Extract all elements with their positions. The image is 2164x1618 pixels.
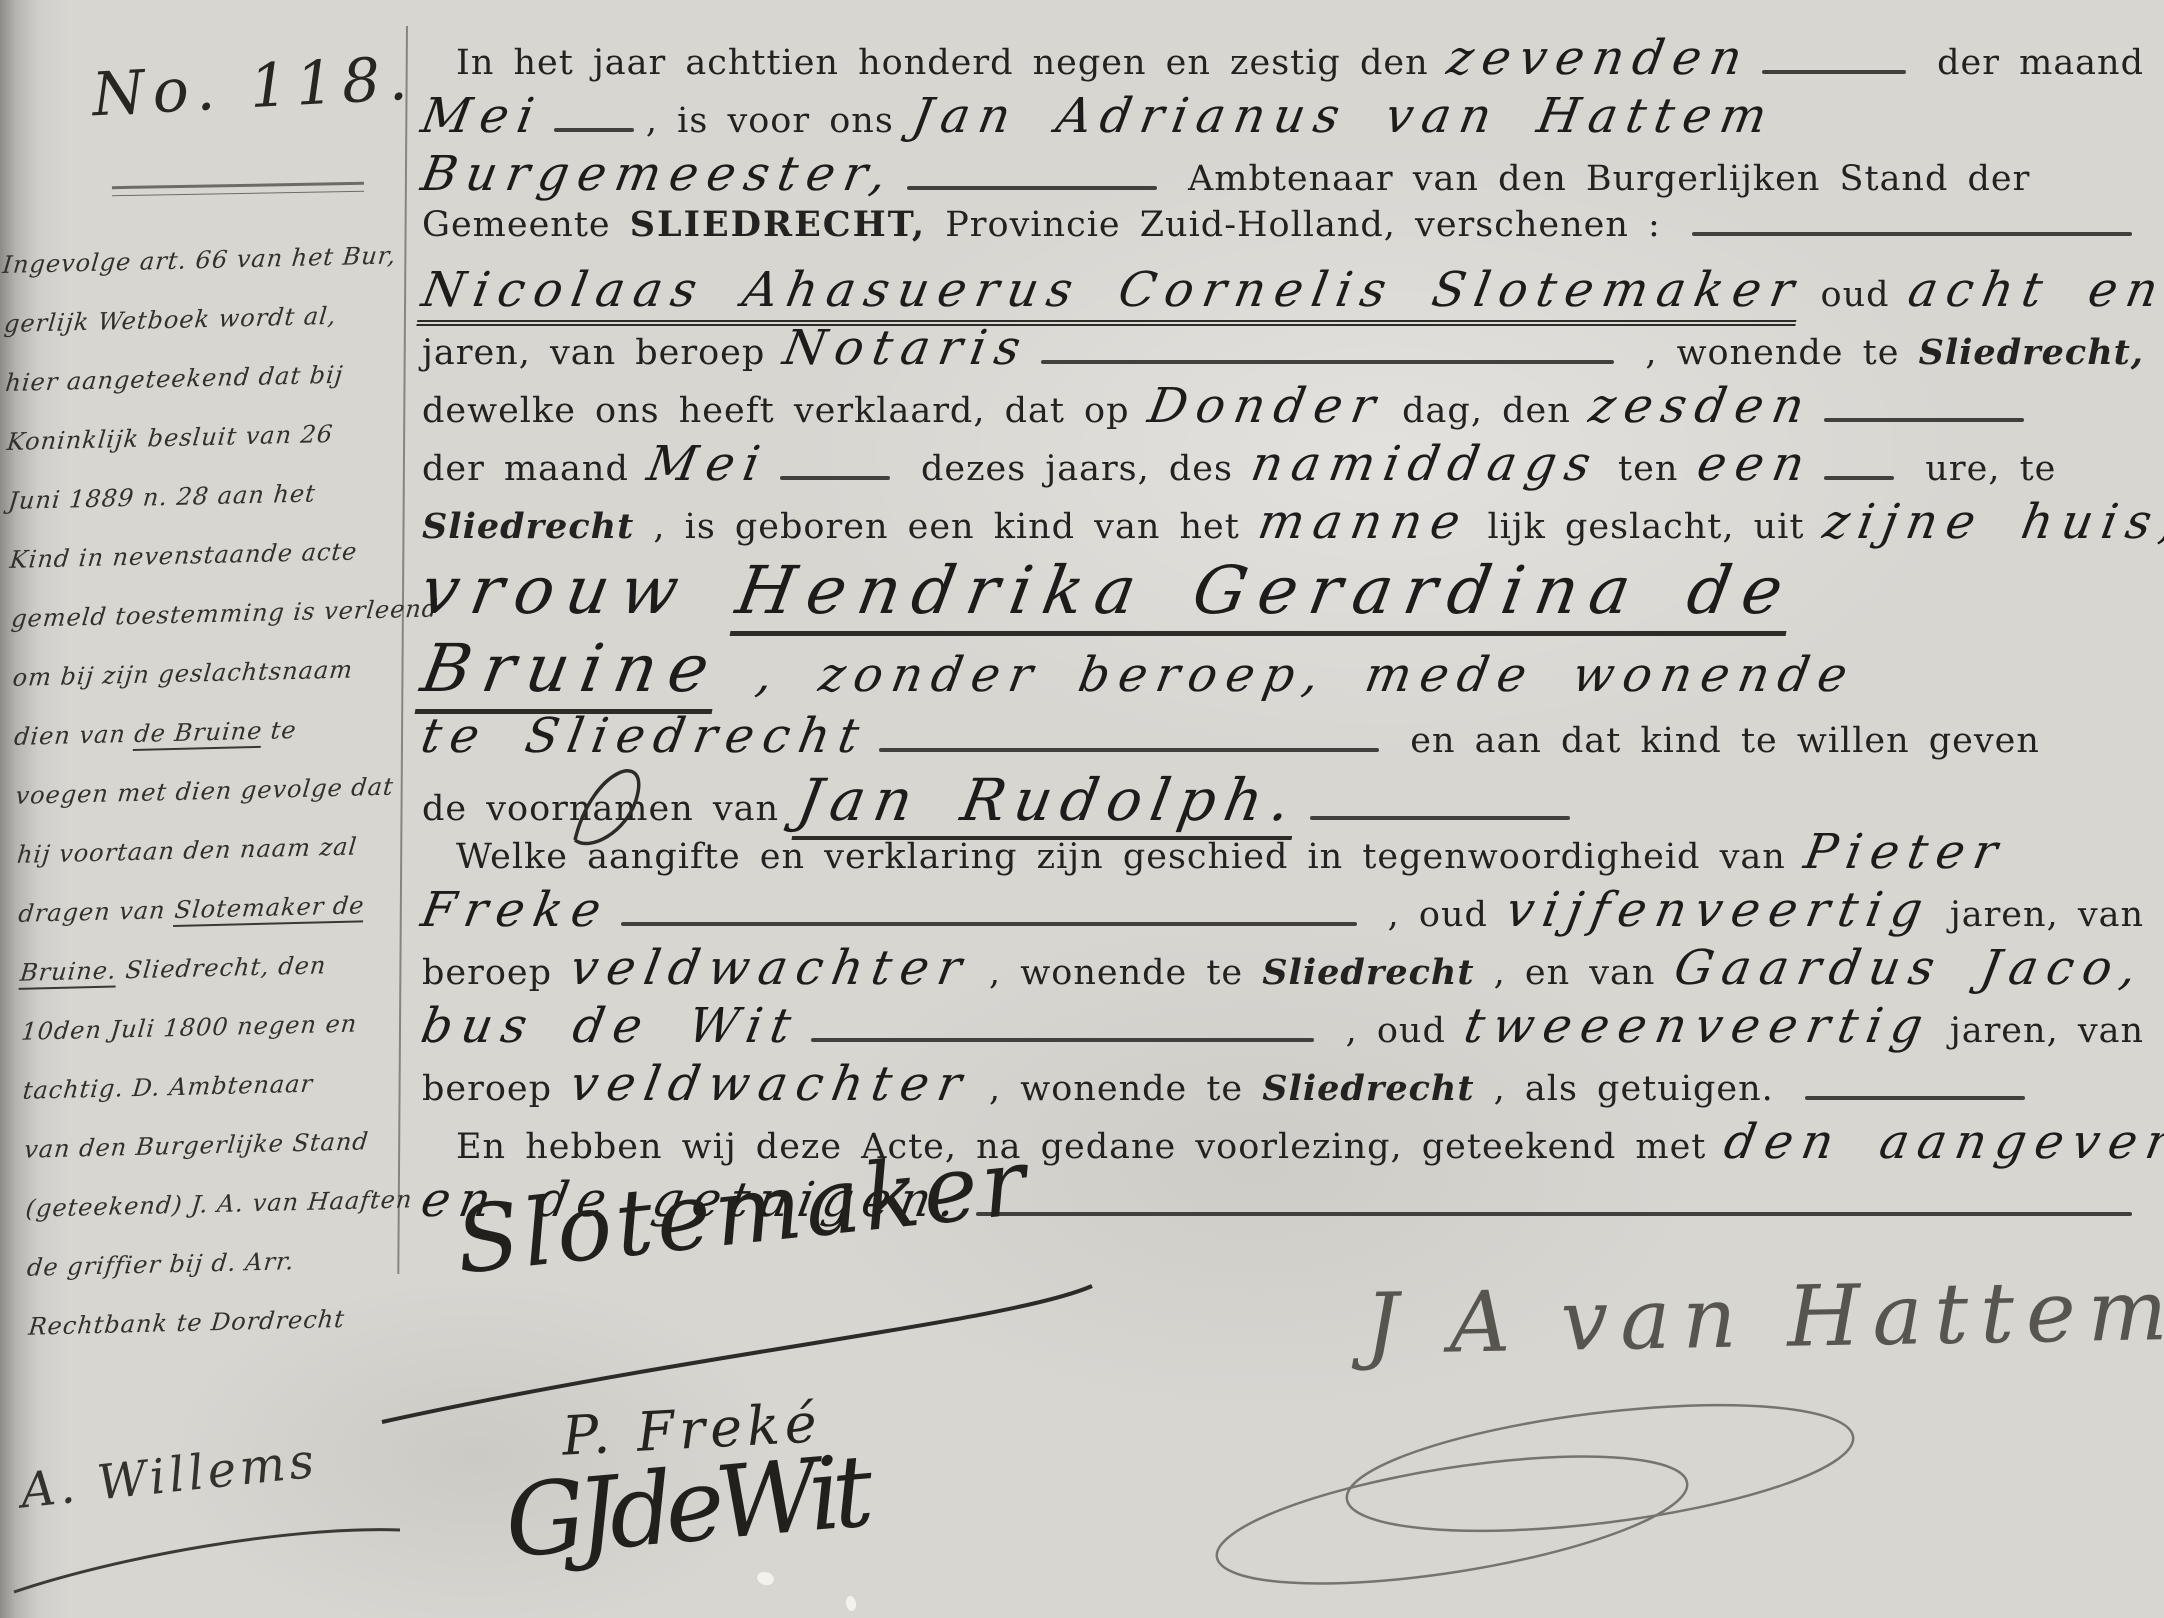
body-line: Burgemeester, Ambtenaar van den Burgerli…	[422, 146, 2144, 204]
body-line: Sliedrecht , is geboren een kind van het…	[422, 494, 2144, 552]
handwritten-entry: zevenden	[1443, 30, 1755, 86]
handwritten-entry: Freke	[417, 882, 614, 938]
printed-text: jaren, van	[1931, 1011, 2144, 1051]
handwritten-entry: Gaardus Jaco,	[1670, 940, 2150, 996]
printed-text: Welke aangifte en verklaring zijn geschi…	[456, 837, 1805, 877]
printed-text: , en van	[1475, 953, 1675, 993]
fill-in-rule	[879, 748, 1379, 752]
margin-note-text: de griffier bij d. Arr.	[26, 1247, 296, 1282]
handwritten-entry: Jan Adrianus van Hattem	[908, 88, 1780, 144]
handwritten-entry: Notaris	[780, 320, 1035, 376]
body-line: de voornamen van Jan Rudolph.	[422, 766, 2144, 824]
printed-text: ure, te	[1906, 449, 2056, 489]
printed-text: oud	[1801, 275, 1908, 315]
margin-note-line: Bruine. Sliedrecht, den	[20, 949, 417, 1018]
handwritten-entry: tweeenveertig	[1460, 998, 1936, 1054]
printed-text-italic: Sliedrecht	[1262, 952, 1474, 993]
printed-text: dezes jaars, des	[902, 449, 1252, 489]
body-line: der maand Mei dezes jaars, des namiddags…	[422, 436, 2144, 494]
margin-note-text: te	[261, 716, 298, 745]
printed-text: Ambtenaar van den Burgerlijken Stand der	[1169, 159, 2031, 199]
body-line: vrouw Hendrika Gerardina de	[422, 552, 2144, 630]
margin-note-line: hier aangeteekend dat bij	[5, 359, 402, 428]
printed-text: lijk geslacht, uit	[1468, 507, 1823, 547]
margin-note-text: Ingevolge art. 66 van het Bur,	[1, 241, 397, 279]
fill-in-rule	[621, 922, 1356, 926]
act-number: No. 118.	[90, 44, 417, 131]
handwritten-entry: namiddags	[1247, 436, 1604, 492]
official-signature-loop-upper	[1340, 1382, 1860, 1553]
birth-certificate-scan: No. 118. Ingevolge art. 66 van het Bur,g…	[0, 0, 2164, 1618]
fill-in-rule	[1824, 418, 2024, 422]
printed-text: , oud	[1369, 895, 1508, 935]
body-line: te Sliedrecht en aan dat kind te willen …	[422, 708, 2144, 766]
handwritten-entry: zesden	[1585, 378, 1817, 434]
margin-note-text-underlined: Bruine.	[19, 956, 119, 989]
fill-in-rule	[1762, 70, 1906, 74]
margin-note-line: Ingevolge art. 66 van het Bur,	[2, 241, 399, 310]
body-line: Freke , oud vijfenveertig jaren, van	[422, 882, 2144, 940]
margin-note-line: voegen met dien gevolge dat	[15, 772, 412, 841]
body-line: Mei, is voor ons Jan Adrianus van Hattem	[422, 88, 2144, 146]
body-line: In het jaar achttien honderd negen en ze…	[422, 30, 2144, 88]
fill-in-rule	[811, 1038, 1314, 1042]
handwritten-entry: acht en veertig	[1904, 262, 2164, 318]
handwritten-entry-underlined: Nicolaas Ahasuerus Cornelis Slotemaker	[416, 262, 1807, 326]
printed-text: , wonende te	[970, 953, 1262, 993]
body-line: jaren, van beroep Notaris , wonende te S…	[422, 320, 2144, 378]
handwritten-entry: , zonder beroep, mede wonende	[714, 647, 1860, 703]
paper-speck	[845, 1595, 857, 1612]
handwritten-entry: den aangever	[1721, 1114, 2164, 1170]
margin-note-line: Juni 1889 n. 28 aan het	[8, 477, 405, 546]
official-signature: J A van Hattem	[1364, 1261, 2164, 1373]
handwritten-entry: Pieter	[1800, 824, 2011, 880]
handwritten-entry: Donder	[1144, 378, 1388, 434]
clerk-signature: A. Willems	[18, 1433, 321, 1520]
fill-in-rule	[1824, 476, 1894, 480]
body-line: Bruine , zonder beroep, mede wonende	[422, 630, 2144, 708]
fill-in-rule	[554, 128, 634, 132]
handwritten-entry-large-underlined: Bruine	[415, 630, 727, 714]
margin-note-line: de griffier bij d. Arr.	[27, 1244, 424, 1313]
margin-note-text-underlined: Slotemaker de	[173, 891, 366, 927]
printed-text-italic: Sliedrecht	[422, 506, 634, 547]
margin-note-line: (geteekend) J. A. van Haaften	[25, 1185, 422, 1254]
fill-in-rule	[1692, 232, 2132, 236]
printed-text: , is geboren een kind van het	[634, 507, 1259, 547]
margin-note-line: 10den Juli 1800 negen en	[21, 1008, 418, 1077]
handwritten-entry-large-underlined: Hendrika Gerardina de	[729, 552, 1800, 636]
fill-in-rule	[976, 1212, 2132, 1216]
body-line: beroep veldwachter , wonende te Sliedrec…	[422, 1056, 2144, 1114]
clerk-signature-underline	[14, 1530, 400, 1592]
margin-note-line: Kind in nevenstaande acte	[10, 536, 407, 605]
margin-note-text: dragen van	[17, 896, 175, 928]
handwritten-entry: vijfenveertig	[1502, 882, 1936, 938]
margin-note-line: gemeld toestemming is verleend	[11, 595, 408, 664]
printed-text: , als getuigen.	[1475, 1069, 1793, 1109]
fill-in-rule	[1310, 816, 1570, 820]
body-line: bus de Wit , oud tweeenveertig jaren, va…	[422, 998, 2144, 1056]
printed-text: der maand	[422, 449, 648, 489]
margin-note-line: om bij zijn geslachtsnaam	[12, 654, 409, 723]
margin-note-text: tachtig. D. Ambtenaar	[22, 1070, 315, 1105]
fill-in-rule	[780, 476, 890, 480]
printed-text: ten	[1599, 449, 1698, 489]
handwritten-entry: veldwachter	[566, 1056, 975, 1112]
fill-in-rule	[1041, 360, 1614, 364]
printed-text-caps: SLIEDRECHT,	[630, 204, 926, 245]
margin-annotation: Ingevolge art. 66 van het Bur,gerlijk We…	[2, 241, 425, 1371]
printed-text: beroep	[422, 953, 571, 993]
printed-text-italic: Sliedrecht,	[1919, 332, 2144, 373]
margin-note-text: Sliedrecht, den	[115, 951, 327, 984]
margin-note-line: dien van de Bruine te	[14, 713, 411, 782]
printed-text: En hebben wij deze Acte, na gedane voorl…	[456, 1127, 1725, 1167]
printed-text: , wonende te	[970, 1069, 1262, 1109]
printed-text-italic: Sliedrecht	[1262, 1068, 1474, 1109]
printed-text: In het jaar achttien honderd negen en ze…	[456, 43, 1448, 83]
printed-text: de voornamen van	[422, 789, 798, 829]
official-signature-loop-lower	[1209, 1431, 1695, 1608]
handwritten-entry: zijne huis,	[1819, 494, 2164, 550]
handwritten-entry: een	[1693, 436, 1818, 492]
margin-note-line: tachtig. D. Ambtenaar	[23, 1067, 420, 1136]
act-number-underline	[112, 182, 364, 196]
act-body-text: In het jaar achttien honderd negen en ze…	[422, 30, 2144, 1230]
body-line: Nicolaas Ahasuerus Cornelis Slotemaker o…	[422, 262, 2144, 320]
margin-note-text-underlined: de Bruine	[133, 717, 264, 751]
paper-speck	[756, 1570, 776, 1587]
margin-note-line: dragen van Slotemaker de	[18, 890, 415, 959]
printed-text: dag, den	[1383, 391, 1590, 431]
body-line: Gemeente SLIEDRECHT, Provincie Zuid-Holl…	[422, 204, 2144, 262]
printed-text: jaren, van beroep	[422, 333, 784, 373]
handwritten-entry: veldwachter	[566, 940, 975, 996]
margin-note-line: Rechtbank te Dordrecht	[28, 1303, 425, 1372]
printed-text: dewelke ons heeft verklaard, dat op	[422, 391, 1149, 431]
handwritten-entry: Burgemeester,	[417, 146, 900, 202]
margin-note-line: van den Burgerlijke Stand	[24, 1126, 421, 1195]
handwritten-entry-large: vrouw	[415, 552, 743, 629]
handwritten-entry: Mei	[643, 436, 773, 492]
printed-text: beroep	[422, 1069, 571, 1109]
printed-text: der maand	[1918, 43, 2144, 83]
fill-in-rule	[907, 186, 1157, 190]
margin-note-line: hij voortaan den naam zal	[17, 831, 414, 900]
handwritten-entry: manne	[1254, 494, 1473, 550]
handwritten-entry: te Sliedrecht	[417, 708, 872, 764]
body-line: beroep veldwachter , wonende te Sliedrec…	[422, 940, 2144, 998]
margin-note-line: Koninklijk besluit van 26	[7, 418, 404, 487]
printed-text: Gemeente	[422, 205, 630, 245]
printed-text: , is voor ons	[646, 101, 913, 141]
printed-text: , wonende te	[1626, 333, 1918, 373]
printed-text: , oud	[1326, 1011, 1465, 1051]
printed-text: jaren, van	[1931, 895, 2144, 935]
printed-text: Provincie Zuid-Holland, verschenen :	[926, 205, 1680, 245]
body-line: dewelke ons heeft verklaard, dat op Dond…	[422, 378, 2144, 436]
handwritten-entry-medium-underlined: Jan Rudolph.	[792, 766, 1305, 840]
printed-text: en aan dat kind te willen geven	[1391, 721, 2040, 761]
margin-note-line: gerlijk Wetboek wordt al,	[4, 300, 401, 369]
handwritten-entry: Mei	[417, 88, 547, 144]
margin-note-text: dien van	[13, 720, 136, 751]
witness2-signature: GJdeWit	[501, 1433, 870, 1581]
handwritten-entry: bus de Wit	[417, 998, 804, 1054]
fill-in-rule	[1805, 1096, 2025, 1100]
